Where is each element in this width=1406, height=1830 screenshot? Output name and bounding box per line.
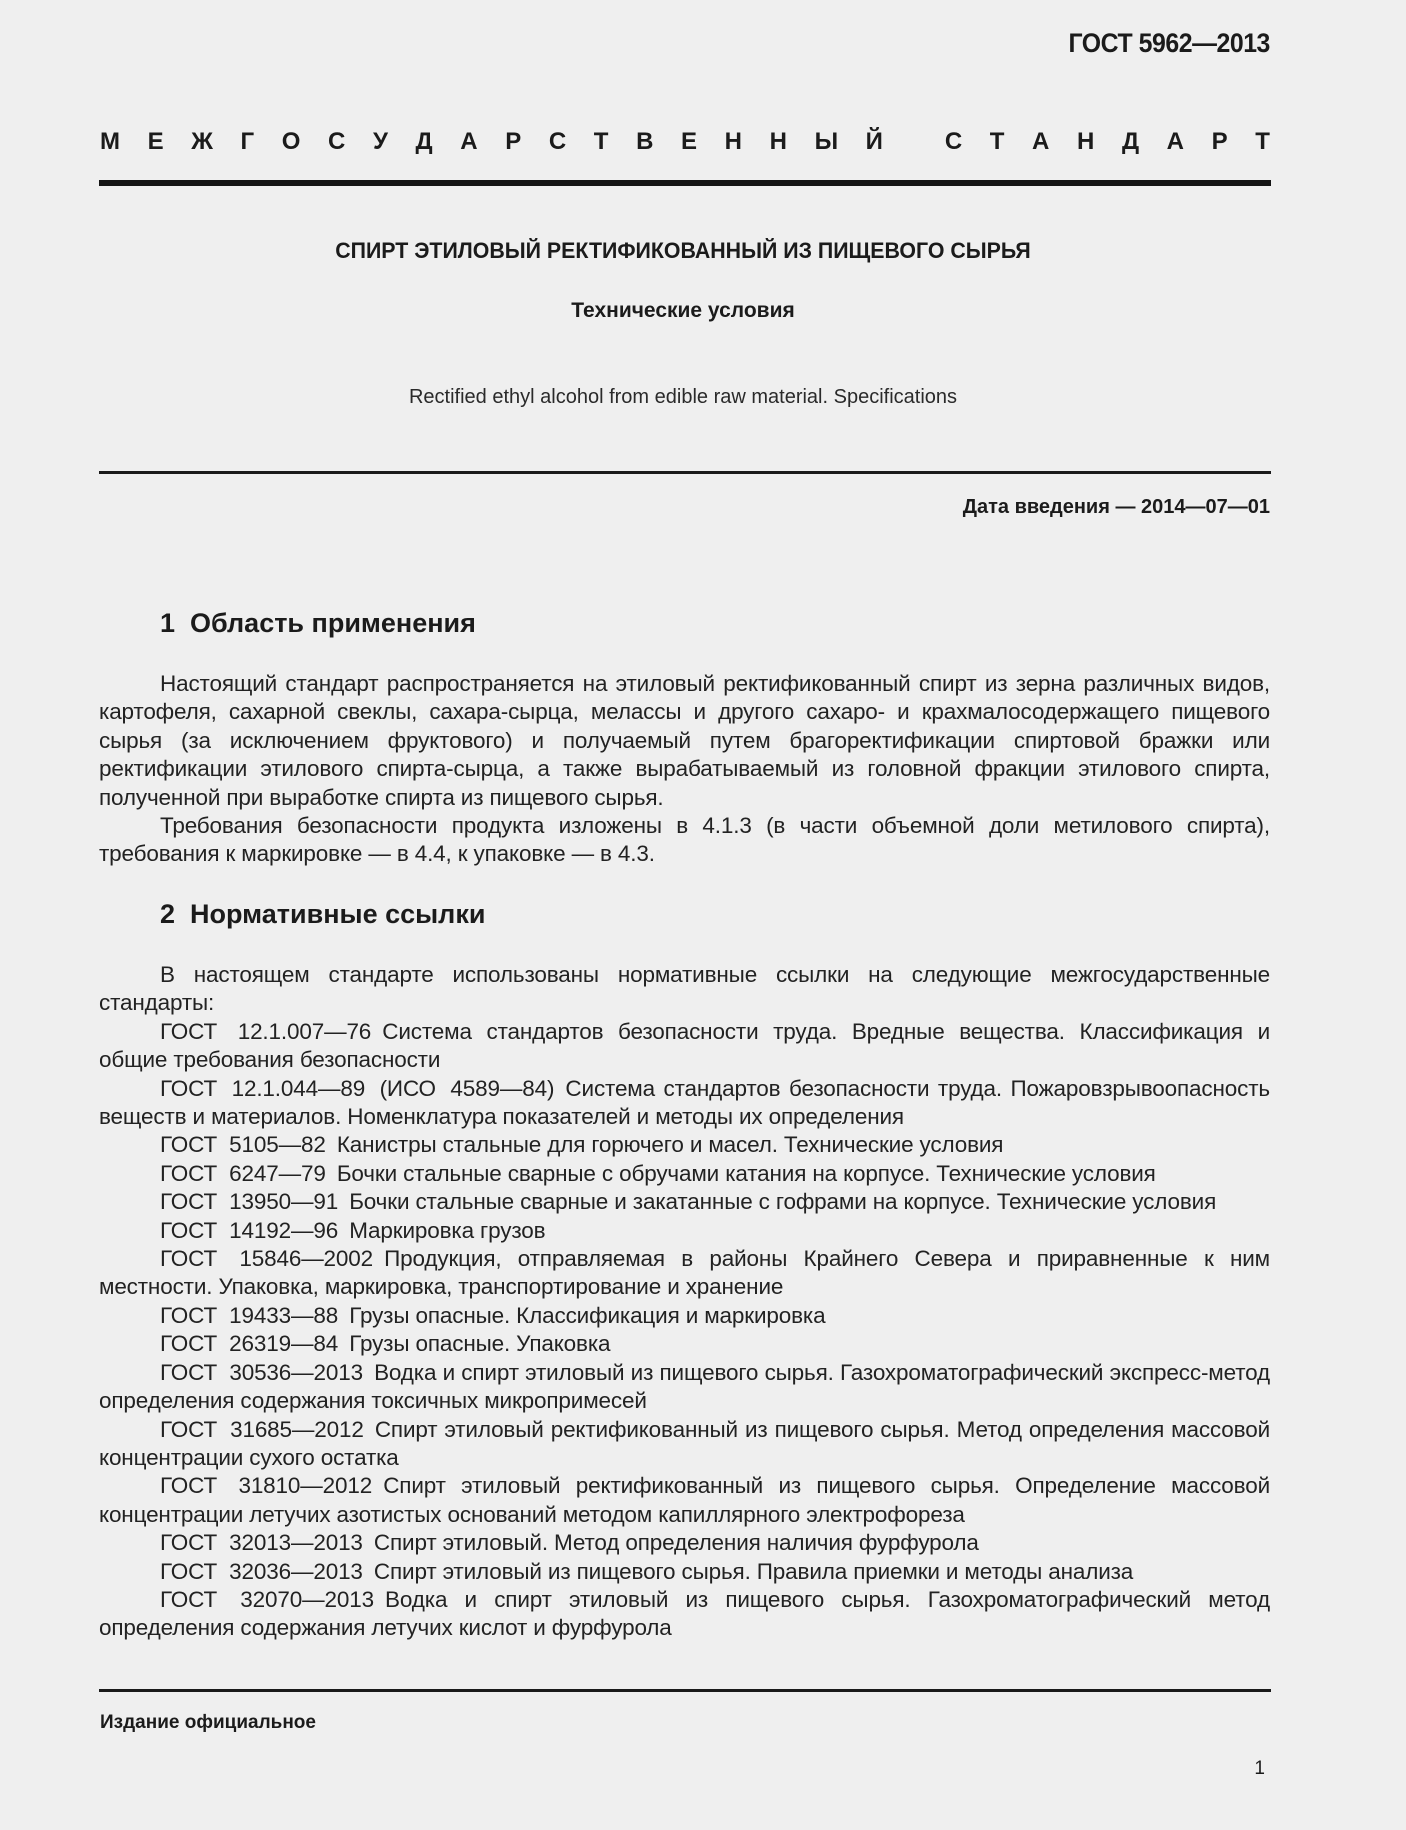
banner-letter: Ы <box>815 128 839 156</box>
banner-letter: С <box>945 128 962 156</box>
reference-code: ГОСТ 13950—91 <box>160 1189 338 1214</box>
reference-item: ГОСТ 12.1.007—76 Система стандартов безо… <box>99 1018 1270 1075</box>
reference-item: ГОСТ 14192—96 Маркировка грузов <box>99 1217 1270 1245</box>
title-divider <box>99 471 1271 474</box>
section-2-intro: В настоящем стандарте использованы норма… <box>99 961 1270 1018</box>
reference-item: ГОСТ 31685—2012 Спирт этиловый ректифико… <box>99 1416 1270 1473</box>
reference-code: ГОСТ 6247—79 <box>160 1161 326 1186</box>
section-1-paragraph: Требования безопасности продукта изложен… <box>99 812 1270 869</box>
banner-letter: А <box>1167 128 1184 156</box>
banner-letter: Н <box>1077 128 1094 156</box>
section-1-paragraph: Настоящий стандарт распространяется на э… <box>99 670 1270 812</box>
banner-letter: У <box>373 128 388 156</box>
reference-item: ГОСТ 31810—2012 Спирт этиловый ректифико… <box>99 1472 1270 1529</box>
document-title: СПИРТ ЭТИЛОВЫЙ РЕКТИФИКОВАННЫЙ ИЗ ПИЩЕВО… <box>20 238 1345 264</box>
reference-code: ГОСТ 14192—96 <box>160 1218 338 1243</box>
banner-letter: Н <box>725 128 742 156</box>
reference-item: ГОСТ 32070—2013 Водка и спирт этиловый и… <box>99 1586 1270 1643</box>
banner-letter: Е <box>681 128 697 156</box>
reference-item: ГОСТ 15846—2002 Продукция, отправляемая … <box>99 1245 1270 1302</box>
banner-letter: Т <box>1255 128 1270 156</box>
section-2-body: В настоящем стандарте использованы норма… <box>99 961 1270 1643</box>
references-list: ГОСТ 12.1.007—76 Система стандартов безо… <box>99 1018 1270 1643</box>
banner-letter: Д <box>1122 128 1139 156</box>
reference-item: ГОСТ 32013—2013 Спирт этиловый. Метод оп… <box>99 1529 1270 1557</box>
reference-code: ГОСТ 31685—2012 <box>160 1417 364 1442</box>
reference-code: ГОСТ 12.1.044—89 (ИСО 4589—84) <box>160 1076 554 1101</box>
banner-letter: М <box>100 128 120 156</box>
reference-item: ГОСТ 30536—2013 Водка и спирт этиловый и… <box>99 1359 1270 1416</box>
header-divider <box>99 180 1271 186</box>
document-number: ГОСТ 5962—2013 <box>1069 28 1270 59</box>
banner-letter: Р <box>1212 128 1228 156</box>
official-edition-label: Издание официальное <box>100 1712 316 1734</box>
reference-item: ГОСТ 19433—88 Грузы опасные. Классификац… <box>99 1302 1270 1330</box>
section-2-heading: 2 Нормативные ссылки <box>160 899 485 930</box>
banner-letter: Г <box>241 128 255 156</box>
reference-title: Спирт этиловый из пищевого сырья. Правил… <box>374 1559 1133 1584</box>
reference-item: ГОСТ 5105—82 Канистры стальные для горюч… <box>99 1131 1270 1159</box>
reference-code: ГОСТ 32036—2013 <box>160 1559 363 1584</box>
footer-divider <box>99 1689 1271 1692</box>
reference-code: ГОСТ 12.1.007—76 <box>160 1019 371 1044</box>
banner-letter: А <box>460 128 477 156</box>
banner-letter: А <box>1032 128 1049 156</box>
page-number: 1 <box>1254 1758 1265 1780</box>
banner-letter: В <box>636 128 653 156</box>
introduction-date: Дата введения — 2014—07—01 <box>963 496 1270 519</box>
reference-title: Грузы опасные. Классификация и маркировк… <box>349 1303 825 1328</box>
interstate-standard-banner: МЕЖГОСУДАРСТВЕННЫЙ СТАНДАРТ <box>100 128 1270 156</box>
banner-gap <box>911 128 918 156</box>
reference-title: Маркировка грузов <box>349 1218 545 1243</box>
banner-letter: С <box>549 128 566 156</box>
banner-letter: Т <box>990 128 1005 156</box>
reference-code: ГОСТ 32013—2013 <box>160 1530 363 1555</box>
section-1-body: Настоящий стандарт распространяется на э… <box>99 670 1270 869</box>
reference-title: Бочки стальные сварные и закатанные с го… <box>349 1189 1216 1214</box>
reference-item: ГОСТ 32036—2013 Спирт этиловый из пищево… <box>99 1558 1270 1586</box>
reference-title: Канистры стальные для горючего и масел. … <box>337 1132 1004 1157</box>
banner-letter: О <box>282 128 301 156</box>
reference-title: Спирт этиловый. Метод определения наличи… <box>374 1530 979 1555</box>
reference-code: ГОСТ 31810—2012 <box>160 1473 372 1498</box>
banner-letter: Д <box>416 128 433 156</box>
reference-code: ГОСТ 19433—88 <box>160 1303 338 1328</box>
banner-letter: Й <box>866 128 883 156</box>
reference-title: Грузы опасные. Упаковка <box>349 1331 610 1356</box>
reference-item: ГОСТ 12.1.044—89 (ИСО 4589—84) Система с… <box>99 1075 1270 1132</box>
reference-code: ГОСТ 15846—2002 <box>160 1246 373 1271</box>
banner-letter: Ж <box>191 128 213 156</box>
reference-title: Бочки стальные сварные с обручами катани… <box>337 1161 1156 1186</box>
reference-item: ГОСТ 13950—91 Бочки стальные сварные и з… <box>99 1188 1270 1216</box>
reference-code: ГОСТ 26319—84 <box>160 1331 338 1356</box>
reference-item: ГОСТ 6247—79 Бочки стальные сварные с об… <box>99 1160 1270 1188</box>
reference-code: ГОСТ 32070—2013 <box>160 1587 374 1612</box>
section-1-heading: 1 Область применения <box>160 608 476 639</box>
banner-letter: Т <box>594 128 609 156</box>
reference-code: ГОСТ 30536—2013 <box>160 1360 363 1385</box>
english-title: Rectified ethyl alcohol from edible raw … <box>0 386 1366 409</box>
reference-item: ГОСТ 26319—84 Грузы опасные. Упаковка <box>99 1330 1270 1358</box>
banner-letter: Р <box>505 128 521 156</box>
banner-letter: С <box>328 128 345 156</box>
banner-letter: Е <box>148 128 164 156</box>
banner-letter: Н <box>770 128 787 156</box>
document-subtitle: Технические условия <box>0 299 1366 323</box>
reference-code: ГОСТ 5105—82 <box>160 1132 326 1157</box>
